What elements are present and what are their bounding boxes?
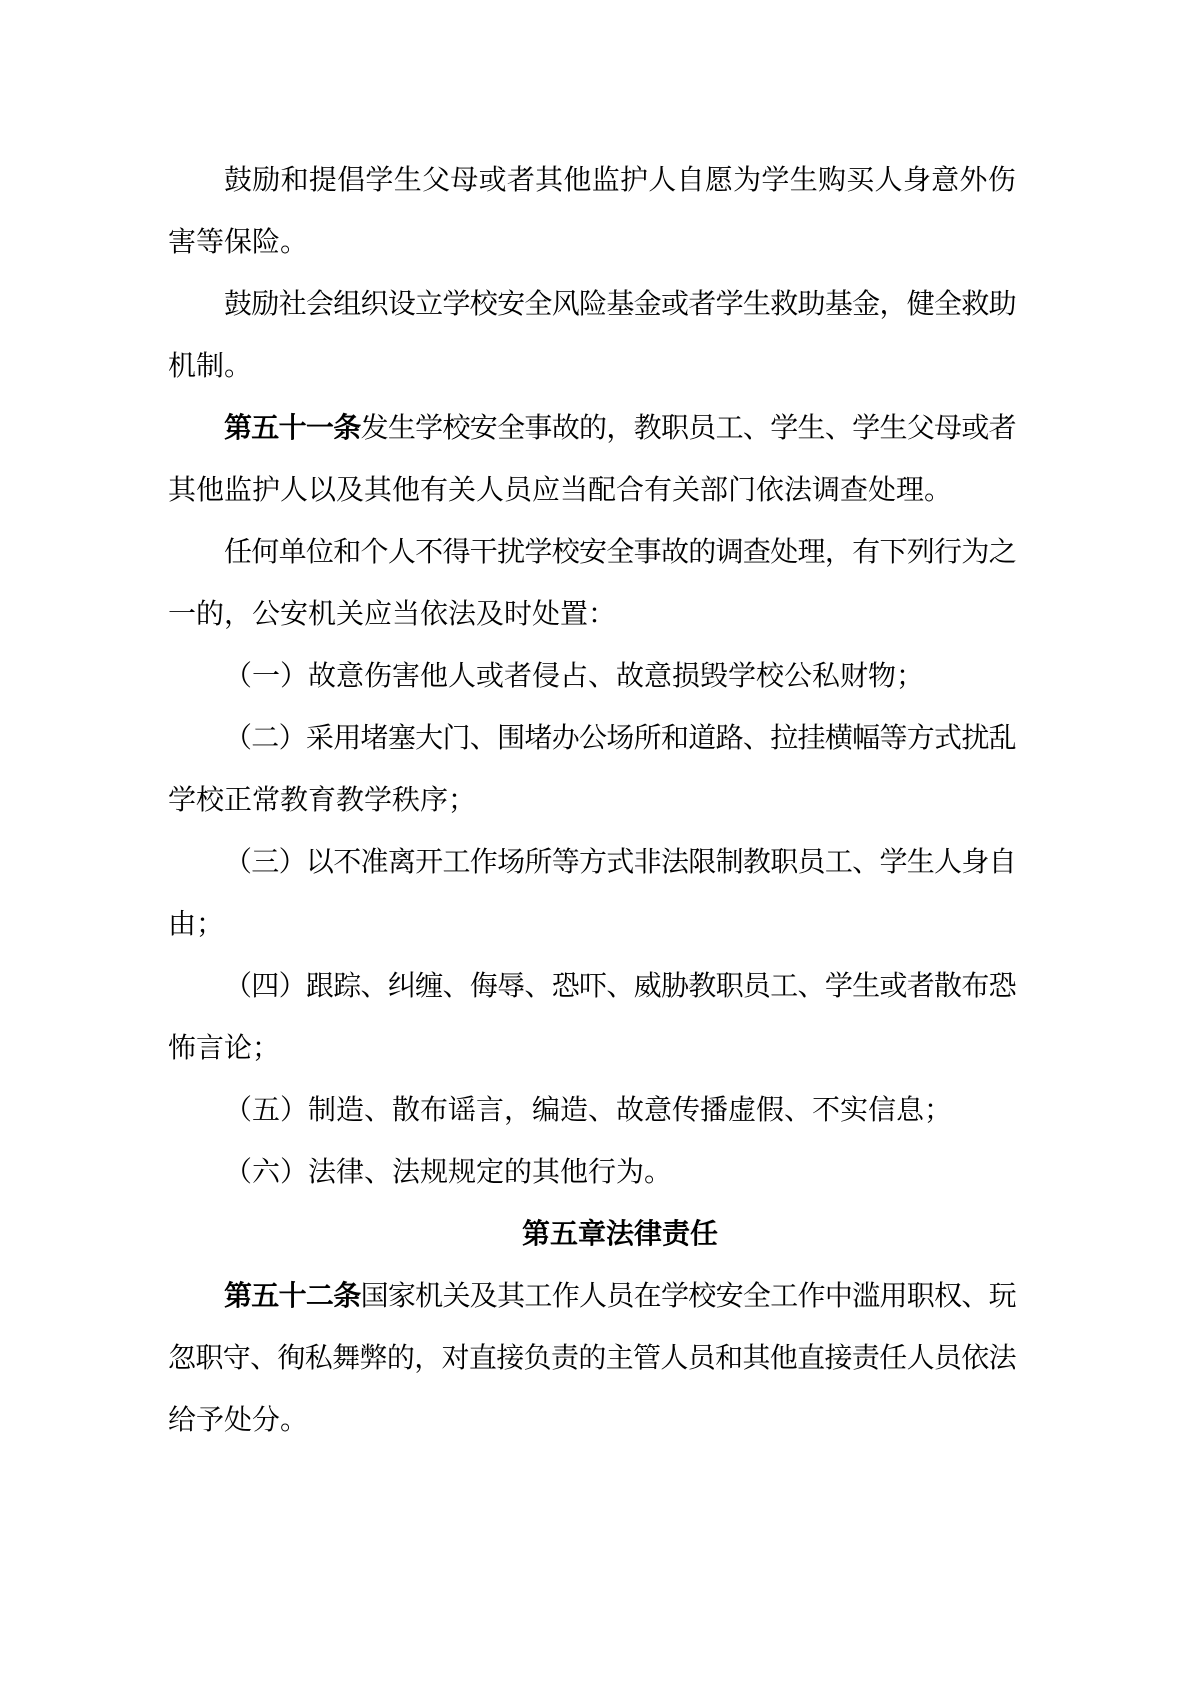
document-body: 鼓励和提倡学生父母或者其他监护人自愿为学生购买人身意外伤害等保险。鼓励社会组织设… [168, 149, 1016, 1451]
line-run: 第五十一条发生学校安全事故的，教职员工、学生、学生父母或者 [224, 397, 1016, 459]
text-line: 由； [168, 893, 1016, 955]
text-line: （四）跟踪、纠缠、侮辱、恐吓、威胁教职员工、学生或者散布恐 [168, 955, 1016, 1017]
line-text: 任何单位和个人不得干扰学校安全事故的调查处理，有下列行为之 [224, 536, 1016, 567]
line-text: 第五章法律责任 [522, 1218, 718, 1249]
text-line: （三）以不准离开工作场所等方式非法限制教职员工、学生人身自 [168, 831, 1016, 893]
line-run: （四）跟踪、纠缠、侮辱、恐吓、威胁教职员工、学生或者散布恐 [224, 955, 1016, 1017]
chapter-heading: 第五章法律责任 [168, 1203, 1016, 1265]
line-text: （四）跟踪、纠缠、侮辱、恐吓、威胁教职员工、学生或者散布恐 [224, 970, 1016, 1001]
line-run: （六）法律、法规规定的其他行为。 [224, 1141, 672, 1203]
line-run: 第五章法律责任 [522, 1203, 718, 1265]
line-run: （三）以不准离开工作场所等方式非法限制教职员工、学生人身自 [224, 831, 1016, 893]
line-text: （五）制造、散布谣言，编造、故意传播虚假、不实信息； [224, 1094, 952, 1125]
text-line: （二）采用堵塞大门、围堵办公场所和道路、拉挂横幅等方式扰乱 [168, 707, 1016, 769]
line-text: 由； [168, 908, 224, 939]
text-line: 一的，公安机关应当依法及时处置： [168, 583, 1016, 645]
line-run: 给予处分。 [168, 1389, 308, 1451]
line-text: 怖言论； [168, 1032, 280, 1063]
line-text: 其他监护人以及其他有关人员应当配合有关部门依法调查处理。 [168, 474, 952, 505]
line-run: 怖言论； [168, 1017, 280, 1079]
text-line: 其他监护人以及其他有关人员应当配合有关部门依法调查处理。 [168, 459, 1016, 521]
text-line: 忽职守、徇私舞弊的，对直接负责的主管人员和其他直接责任人员依法 [168, 1327, 1016, 1389]
line-text: 忽职守、徇私舞弊的，对直接负责的主管人员和其他直接责任人员依法 [168, 1342, 1016, 1373]
text-line: 学校正常教育教学秩序； [168, 769, 1016, 831]
line-text: 学校正常教育教学秩序； [168, 784, 476, 815]
line-text: 鼓励社会组织设立学校安全风险基金或者学生救助基金，健全救助 [224, 288, 1016, 319]
line-run: 机制。 [168, 335, 252, 397]
line-text: 害等保险。 [168, 226, 308, 257]
line-run: 鼓励社会组织设立学校安全风险基金或者学生救助基金，健全救助 [224, 273, 1016, 335]
line-text: （六）法律、法规规定的其他行为。 [224, 1156, 672, 1187]
line-run: （二）采用堵塞大门、围堵办公场所和道路、拉挂横幅等方式扰乱 [224, 707, 1016, 769]
line-text: 给予处分。 [168, 1404, 308, 1435]
text-line: 怖言论； [168, 1017, 1016, 1079]
line-text: 国家机关及其工作人员在学校安全工作中滥用职权、玩 [361, 1280, 1016, 1311]
line-run: （五）制造、散布谣言，编造、故意传播虚假、不实信息； [224, 1079, 952, 1141]
line-run: 其他监护人以及其他有关人员应当配合有关部门依法调查处理。 [168, 459, 952, 521]
text-line: （五）制造、散布谣言，编造、故意传播虚假、不实信息； [168, 1079, 1016, 1141]
line-run: 第五十二条国家机关及其工作人员在学校安全工作中滥用职权、玩 [224, 1265, 1016, 1327]
line-run: 鼓励和提倡学生父母或者其他监护人自愿为学生购买人身意外伤 [224, 149, 1016, 211]
line-run: 一的，公安机关应当依法及时处置： [168, 583, 616, 645]
line-run: （一）故意伤害他人或者侵占、故意损毁学校公私财物； [224, 645, 924, 707]
text-line: 害等保险。 [168, 211, 1016, 273]
line-run: 任何单位和个人不得干扰学校安全事故的调查处理，有下列行为之 [224, 521, 1016, 583]
text-line: 给予处分。 [168, 1389, 1016, 1451]
text-line: 鼓励社会组织设立学校安全风险基金或者学生救助基金，健全救助 [168, 273, 1016, 335]
line-text: 发生学校安全事故的，教职员工、学生、学生父母或者 [361, 412, 1016, 443]
document-page: 鼓励和提倡学生父母或者其他监护人自愿为学生购买人身意外伤害等保险。鼓励社会组织设… [0, 0, 1191, 1684]
line-run: 学校正常教育教学秩序； [168, 769, 476, 831]
text-line: 第五十一条发生学校安全事故的，教职员工、学生、学生父母或者 [168, 397, 1016, 459]
article-number: 第五十二条 [224, 1280, 361, 1311]
line-text: 机制。 [168, 350, 252, 381]
line-text: （一）故意伤害他人或者侵占、故意损毁学校公私财物； [224, 660, 924, 691]
line-text: （三）以不准离开工作场所等方式非法限制教职员工、学生人身自 [224, 846, 1016, 877]
text-line: 第五十二条国家机关及其工作人员在学校安全工作中滥用职权、玩 [168, 1265, 1016, 1327]
line-run: 由； [168, 893, 224, 955]
line-text: 一的，公安机关应当依法及时处置： [168, 598, 616, 629]
text-line: （一）故意伤害他人或者侵占、故意损毁学校公私财物； [168, 645, 1016, 707]
line-text: （二）采用堵塞大门、围堵办公场所和道路、拉挂横幅等方式扰乱 [224, 722, 1016, 753]
text-line: （六）法律、法规规定的其他行为。 [168, 1141, 1016, 1203]
text-line: 鼓励和提倡学生父母或者其他监护人自愿为学生购买人身意外伤 [168, 149, 1016, 211]
line-text: 鼓励和提倡学生父母或者其他监护人自愿为学生购买人身意外伤 [224, 164, 1016, 195]
text-line: 机制。 [168, 335, 1016, 397]
article-number: 第五十一条 [224, 412, 361, 443]
line-run: 忽职守、徇私舞弊的，对直接负责的主管人员和其他直接责任人员依法 [168, 1327, 1016, 1389]
line-run: 害等保险。 [168, 211, 308, 273]
text-line: 任何单位和个人不得干扰学校安全事故的调查处理，有下列行为之 [168, 521, 1016, 583]
